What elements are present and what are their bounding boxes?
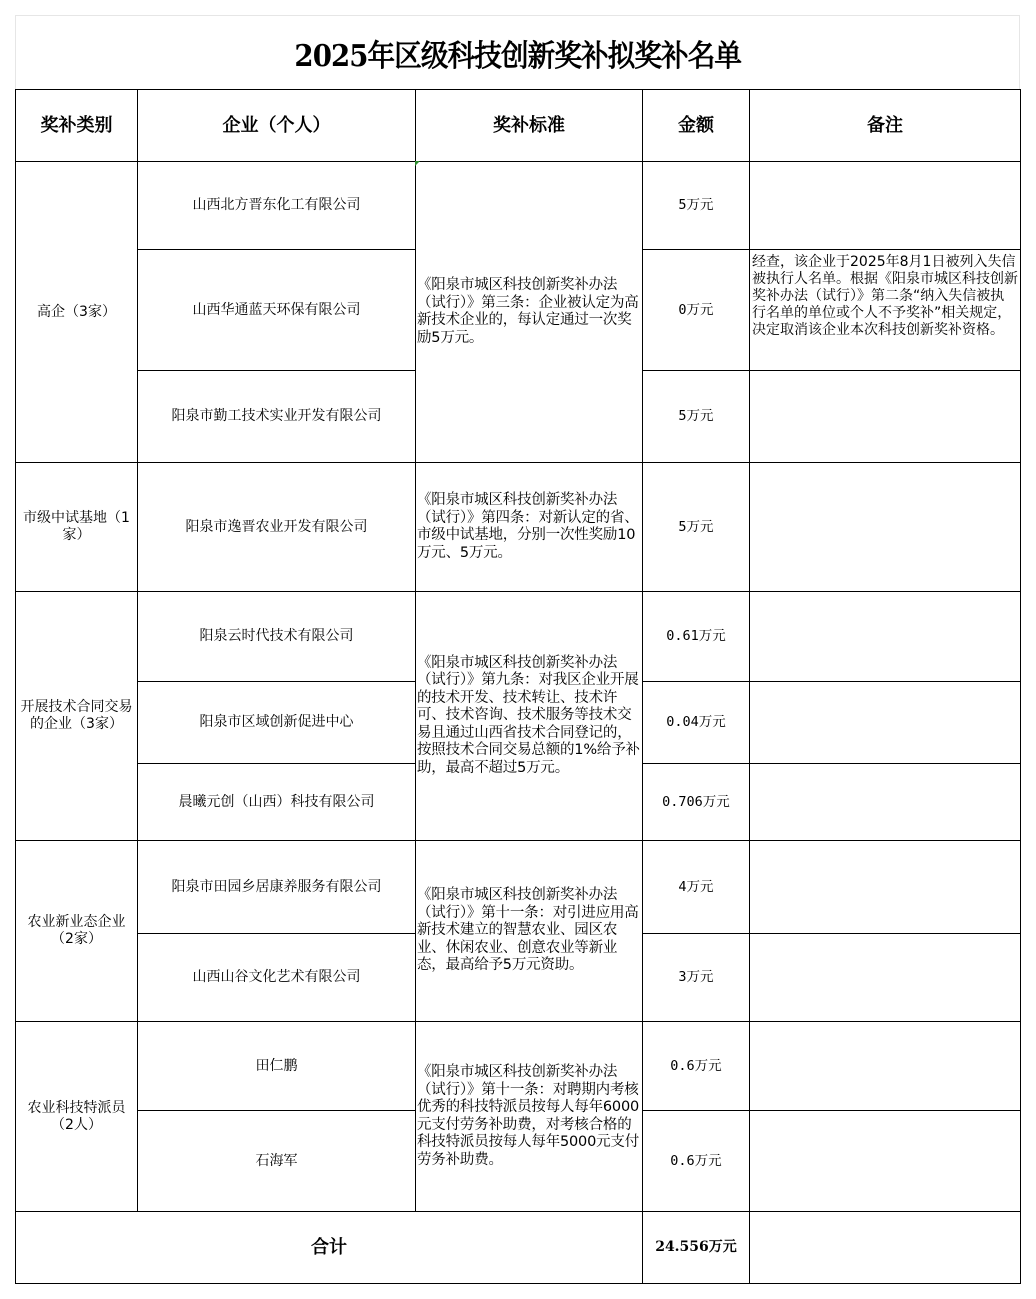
- entity-cell: 山西山谷文化艺术有限公司: [138, 934, 416, 1022]
- header-entity: 企业（个人）: [138, 90, 416, 162]
- remarks-cell: 经查，该企业于2025年8月1日被列入失信被执行人名单。根据《阳泉市城区科技创新…: [750, 250, 1021, 371]
- table-row: 农业科技特派员（2人） 田仁鹏 《阳泉市城区科技创新奖补办法（试行）》第十一条：…: [16, 1022, 1021, 1111]
- amount-cell: 0.61万元: [643, 592, 750, 682]
- table-row: 高企（3家） 山西北方晋东化工有限公司 《阳泉市城区科技创新奖补办法（试行）》第…: [16, 162, 1021, 250]
- header-remarks: 备注: [750, 90, 1021, 162]
- entity-cell: 阳泉市勤工技术实业开发有限公司: [138, 371, 416, 463]
- remarks-cell: [750, 463, 1021, 592]
- entity-cell: 阳泉云时代技术有限公司: [138, 592, 416, 682]
- header-row: 奖补类别 企业（个人） 奖补标准 金额 备注: [16, 90, 1021, 162]
- category-cell: 农业科技特派员（2人）: [16, 1022, 138, 1212]
- entity-cell: 阳泉市区域创新促进中心: [138, 682, 416, 764]
- table-row: 市级中试基地（1家） 阳泉市逸晋农业开发有限公司 《阳泉市城区科技创新奖补办法（…: [16, 463, 1021, 592]
- amount-cell: 0.6万元: [643, 1111, 750, 1212]
- header-amount: 金额: [643, 90, 750, 162]
- standard-cell: 《阳泉市城区科技创新奖补办法（试行）》第十一条：对引进应用高新技术建立的智慧农业…: [416, 841, 643, 1022]
- remarks-cell: [750, 682, 1021, 764]
- amount-cell: 0.6万元: [643, 1022, 750, 1111]
- standard-cell: 《阳泉市城区科技创新奖补办法（试行）》第四条：对新认定的省、市级中试基地，分别一…: [416, 463, 643, 592]
- remarks-cell: [750, 841, 1021, 934]
- award-table: 奖补类别 企业（个人） 奖补标准 金额 备注 高企（3家） 山西北方晋东化工有限…: [15, 89, 1021, 1284]
- entity-cell: 石海军: [138, 1111, 416, 1212]
- category-cell: 农业新业态企业（2家）: [16, 841, 138, 1022]
- remarks-cell: [750, 764, 1021, 841]
- entity-cell: 田仁鹏: [138, 1022, 416, 1111]
- table-row: 开展技术合同交易的企业（3家） 阳泉云时代技术有限公司 《阳泉市城区科技创新奖补…: [16, 592, 1021, 682]
- standard-cell: 《阳泉市城区科技创新奖补办法（试行）》第九条：对我区企业开展的技术开发、技术转让…: [416, 592, 643, 841]
- amount-cell: 5万元: [643, 371, 750, 463]
- amount-cell: 0.04万元: [643, 682, 750, 764]
- amount-cell: 5万元: [643, 463, 750, 592]
- remarks-cell: [750, 162, 1021, 250]
- title-bar: 2025年区级科技创新奖补拟奖补名单: [15, 15, 1020, 89]
- cell-comment-marker-icon: [415, 161, 420, 166]
- category-cell: 市级中试基地（1家）: [16, 463, 138, 592]
- total-amount: 24.556万元: [643, 1212, 750, 1284]
- page-title: 2025年区级科技创新奖补拟奖补名单: [294, 31, 741, 75]
- entity-cell: 山西北方晋东化工有限公司: [138, 162, 416, 250]
- entity-cell: 阳泉市田园乡居康养服务有限公司: [138, 841, 416, 934]
- header-category: 奖补类别: [16, 90, 138, 162]
- amount-cell: 5万元: [643, 162, 750, 250]
- category-cell: 开展技术合同交易的企业（3家）: [16, 592, 138, 841]
- remarks-cell: [750, 592, 1021, 682]
- entity-cell: 晨曦元创（山西）科技有限公司: [138, 764, 416, 841]
- total-label: 合计: [16, 1212, 643, 1284]
- amount-cell: 3万元: [643, 934, 750, 1022]
- remarks-cell: [750, 934, 1021, 1022]
- standard-cell: 《阳泉市城区科技创新奖补办法（试行）》第三条：企业被认定为高新技术企业的，每认定…: [416, 162, 643, 463]
- entity-cell: 阳泉市逸晋农业开发有限公司: [138, 463, 416, 592]
- amount-cell: 0万元: [643, 250, 750, 371]
- header-standard: 奖补标准: [416, 90, 643, 162]
- remarks-cell: [750, 1111, 1021, 1212]
- entity-cell: 山西华通蓝天环保有限公司: [138, 250, 416, 371]
- table-row: 农业新业态企业（2家） 阳泉市田园乡居康养服务有限公司 《阳泉市城区科技创新奖补…: [16, 841, 1021, 934]
- total-remarks: [750, 1212, 1021, 1284]
- total-row: 合计 24.556万元: [16, 1212, 1021, 1284]
- remarks-cell: [750, 1022, 1021, 1111]
- category-cell: 高企（3家）: [16, 162, 138, 463]
- amount-cell: 0.706万元: [643, 764, 750, 841]
- amount-cell: 4万元: [643, 841, 750, 934]
- standard-cell: 《阳泉市城区科技创新奖补办法（试行）》第十一条：对聘期内考核优秀的科技特派员按每…: [416, 1022, 643, 1212]
- remarks-cell: [750, 371, 1021, 463]
